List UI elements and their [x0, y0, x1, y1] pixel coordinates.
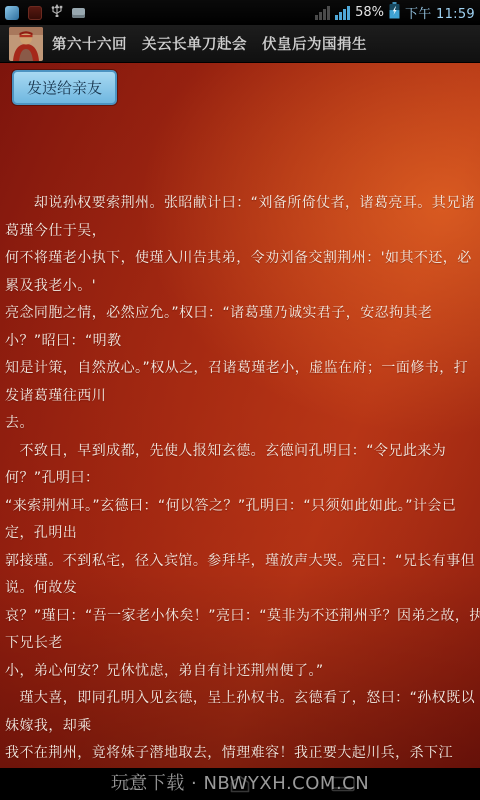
text-line: 去。 — [5, 410, 477, 438]
text-line: 小，弟心何安？兄休忧虑，弟自有计还荆州便了。” — [5, 658, 477, 686]
text-line: 亮念同胞之情，必然应允。”权曰：“诸葛瑾乃诚实君子，安忍拘其老 — [5, 300, 477, 328]
text-line: 葛瑾今仕于吴， — [5, 218, 477, 246]
text-line: 累及我老小。' — [5, 273, 477, 301]
text-line: 却说孙权要索荆州。张昭献计曰：“刘备所倚仗者，诸葛亮耳。其兄诸 — [5, 190, 477, 218]
status-system-icons: 58% 下午 11:59 — [315, 2, 475, 23]
usb-icon — [51, 3, 63, 22]
signal-icon — [335, 6, 350, 20]
text-line: 发诸葛瑾往西川 — [5, 383, 477, 411]
text-line: 我不在荆州，竟将妹子潜地取去，情理难容！我正要大起川兵，杀下江 — [5, 740, 477, 768]
chapter-title: 第六十六回 关云长单刀赴会 伏皇后为国捐生 — [52, 33, 367, 54]
navigation-bar: 玩意下载 · NBWYXH.COM.CN — [0, 768, 480, 800]
text-line: 下兄长老 — [5, 630, 477, 658]
text-line: 郭接瑾。不到私宅，径入宾馆。参拜毕，瑾放声大哭。亮曰：“兄长有事但 — [5, 548, 477, 576]
text-line: “来索荆州耳。”玄德曰：“何以答之？”孔明曰：“只须如此如此。”计会已 — [5, 493, 477, 521]
chapter-text: 却说孙权要索荆州。张昭献计曰：“刘备所倚仗者，诸葛亮耳。其兄诸 葛瑾今仕于吴， … — [5, 190, 477, 768]
text-line: 知是计策，自然放心。”权从之，召诸葛瑾老小，虚监在府；一面修书，打 — [5, 355, 477, 383]
text-line: 说。何故发 — [5, 575, 477, 603]
text-line: 何不将瑾老小执下，使瑾入川告其弟，令劝刘备交割荆州：'如其不还，必 — [5, 245, 477, 273]
text-line: 不致日，早到成都，先使人报知玄德。玄德问孔明曰：“令兄此来为 — [5, 438, 477, 466]
battery-percent: 58% — [355, 5, 384, 20]
text-line: 妹嫁我，却乘 — [5, 713, 477, 741]
send-to-friends-button[interactable]: 发送给亲友 — [12, 70, 117, 105]
signal-weak-icon — [315, 6, 330, 20]
chat-app-icon — [5, 6, 19, 20]
screen: 58% 下午 11:59 — [0, 0, 480, 800]
text-line: 定，孔明出 — [5, 520, 477, 548]
text-line: 哀？”瑾曰：“吾一家老小休矣！”亮曰：“莫非为不还荆州乎？因弟之故，执 — [5, 603, 477, 631]
title-bar: 第六十六回 关云长单刀赴会 伏皇后为国捐生 — [0, 25, 480, 63]
app-icon — [9, 27, 43, 61]
status-bar: 58% 下午 11:59 — [0, 0, 480, 25]
text-line: 小？”昭曰：“明教 — [5, 328, 477, 356]
text-line: 何？”孔明曰： — [5, 465, 477, 493]
battery-icon — [389, 2, 400, 23]
reader-page[interactable]: 发送给亲友 却说孙权要索荆州。张昭献计曰：“刘备所倚仗者，诸葛亮耳。其兄诸 葛瑾… — [0, 63, 480, 768]
text-line: 瑾大喜，即同孔明入见玄德，呈上孙权书。玄德看了，怒曰：“孙权既以 — [5, 685, 477, 713]
sd-card-icon — [72, 8, 85, 18]
status-clock: 下午 11:59 — [405, 3, 475, 22]
reader-app-icon — [28, 6, 42, 20]
status-notification-icons — [5, 3, 85, 22]
watermark-text: 玩意下载 · NBWYXH.COM.CN — [0, 768, 480, 800]
